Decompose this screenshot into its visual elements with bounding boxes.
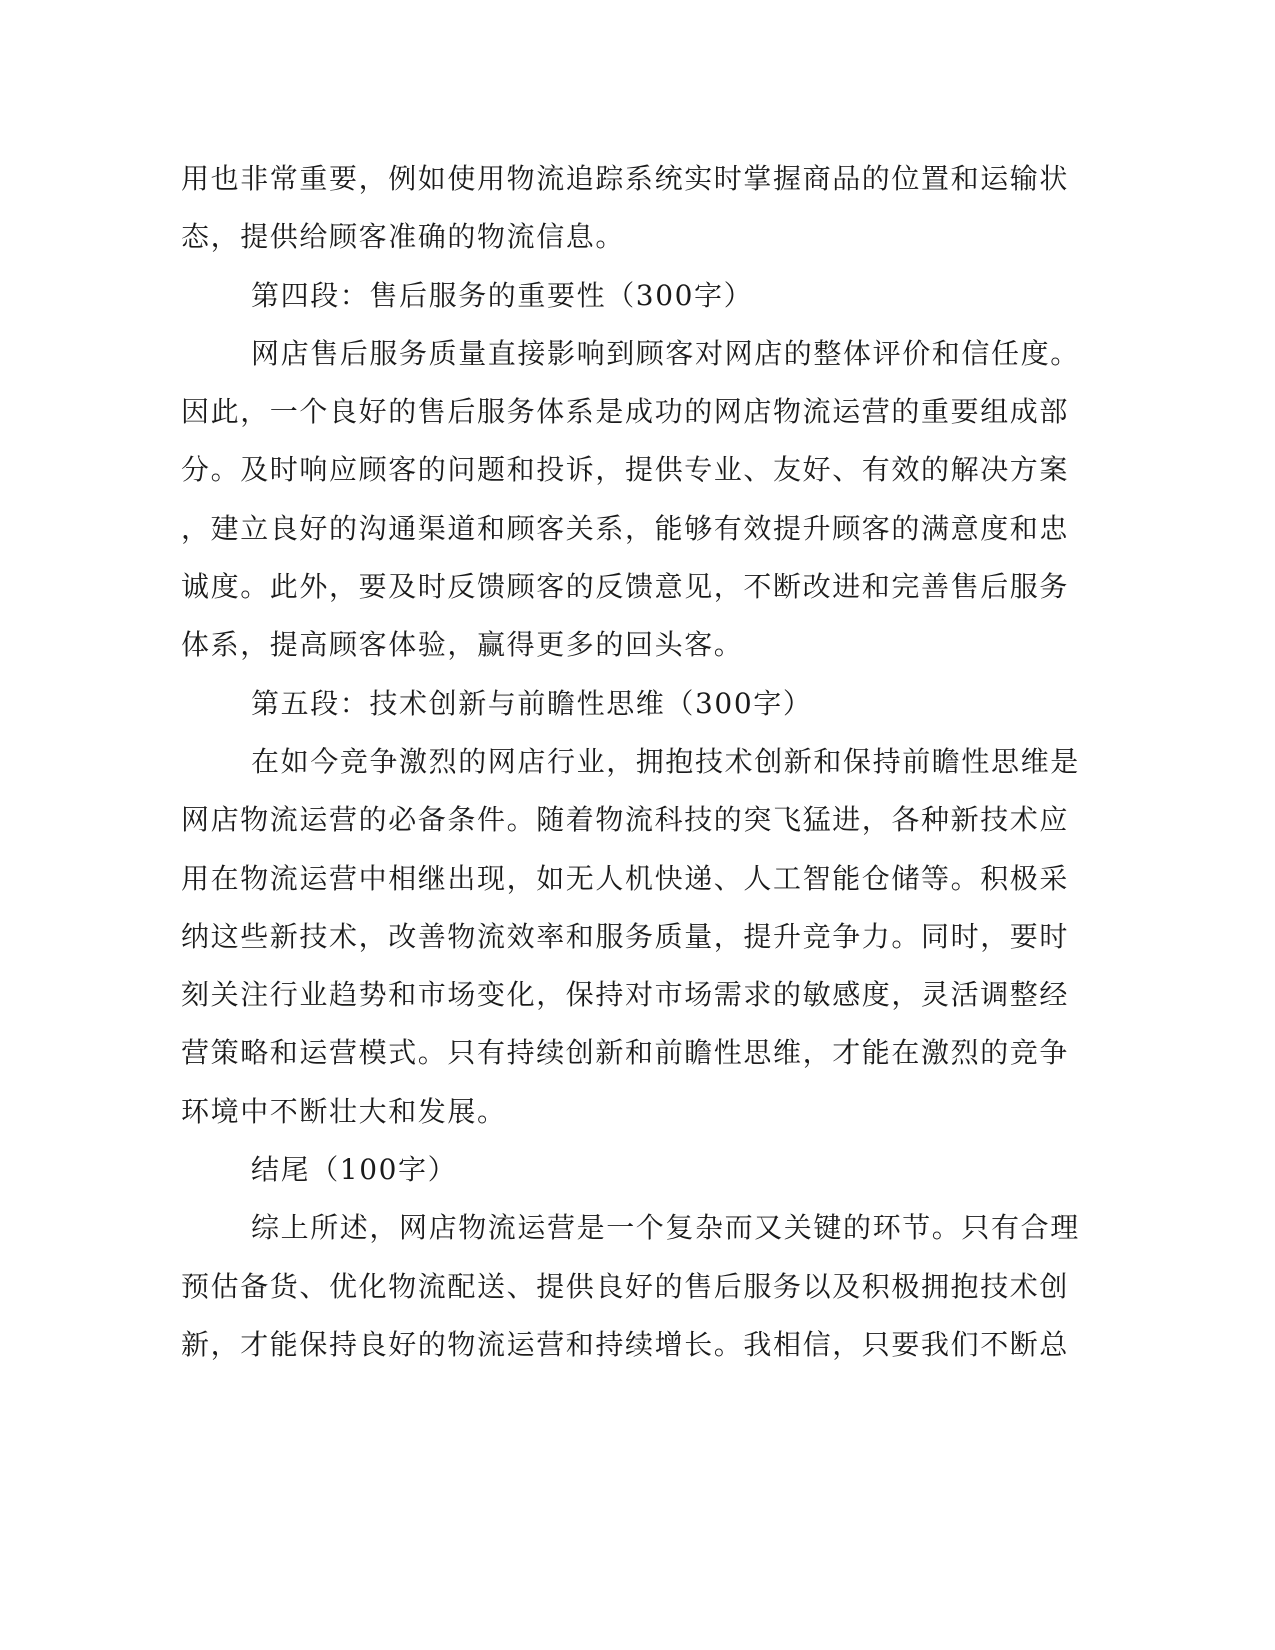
body-line: 综上所述，网店物流运营是一个复杂而又关键的环节。只有合理 — [181, 1199, 1031, 1257]
body-line: 网店物流运营的必备条件。随着物流科技的突飞猛进，各种新技术应 — [181, 791, 1031, 849]
body-line: 用在物流运营中相继出现，如无人机快递、人工智能仓储等。积极采 — [181, 850, 1031, 908]
body-line: 网店售后服务质量直接影响到顾客对网店的整体评价和信任度。 — [181, 325, 1031, 383]
body-line: 因此，一个良好的售后服务体系是成功的网店物流运营的重要组成部 — [181, 383, 1031, 441]
body-line: 用也非常重要，例如使用物流追踪系统实时掌握商品的位置和运输状 — [181, 150, 1031, 208]
body-line: 纳这些新技术，改善物流效率和服务质量，提升竞争力。同时，要时 — [181, 908, 1031, 966]
body-line: 体系，提高顾客体验，赢得更多的回头客。 — [181, 616, 1031, 674]
body-line: 营策略和运营模式。只有持续创新和前瞻性思维，才能在激烈的竞争 — [181, 1024, 1031, 1082]
body-line: 诚度。此外，要及时反馈顾客的反馈意见，不断改进和完善售后服务 — [181, 558, 1031, 616]
body-line: 态，提供给顾客准确的物流信息。 — [181, 208, 1031, 266]
body-line: ，建立良好的沟通渠道和顾客关系，能够有效提升顾客的满意度和忠 — [181, 500, 1031, 558]
section-heading-4: 第四段：售后服务的重要性（300字） — [181, 267, 1031, 325]
body-line: 环境中不断壮大和发展。 — [181, 1083, 1031, 1141]
document-page: 用也非常重要，例如使用物流追踪系统实时掌握商品的位置和运输状 态，提供给顾客准确… — [181, 150, 1031, 1374]
body-line: 预估备货、优化物流配送、提供良好的售后服务以及积极拥抱技术创 — [181, 1258, 1031, 1316]
body-line: 在如今竞争激烈的网店行业，拥抱技术创新和保持前瞻性思维是 — [181, 733, 1031, 791]
section-heading-conclusion: 结尾（100字） — [181, 1141, 1031, 1199]
section-heading-5: 第五段：技术创新与前瞻性思维（300字） — [181, 675, 1031, 733]
body-line: 新，才能保持良好的物流运营和持续增长。我相信，只要我们不断总 — [181, 1316, 1031, 1374]
body-line: 刻关注行业趋势和市场变化，保持对市场需求的敏感度，灵活调整经 — [181, 966, 1031, 1024]
body-line: 分。及时响应顾客的问题和投诉，提供专业、友好、有效的解决方案 — [181, 441, 1031, 499]
